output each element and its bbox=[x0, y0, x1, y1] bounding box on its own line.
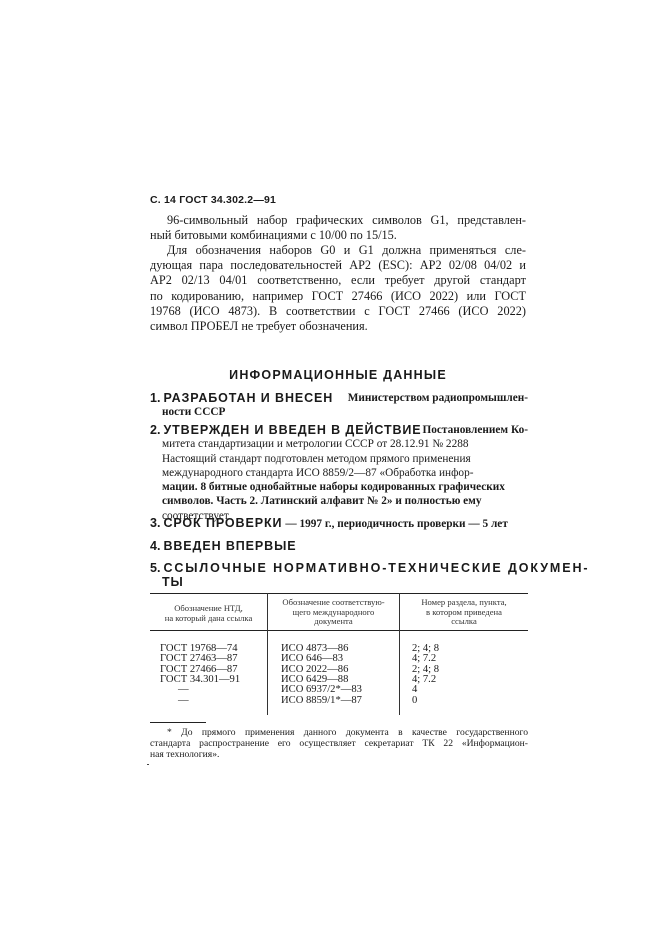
item-text: ности СССР bbox=[150, 405, 528, 419]
item-text: Министерством радиопромышлен- bbox=[348, 391, 528, 405]
footnote-rule bbox=[150, 722, 206, 723]
table-cell: ИСО 8859/1*—87 bbox=[281, 696, 362, 706]
info-item-3: 3. СРОК ПРОВЕРКИ — 1997 г., периодичност… bbox=[150, 516, 528, 531]
item-text: символов. Часть 2. Латинский алфавит № 2… bbox=[150, 494, 528, 508]
item-text: международного стандарта ИСО 8859/2—87 «… bbox=[150, 466, 528, 480]
footnote: * До прямого применения данного документ… bbox=[150, 727, 528, 761]
intro-paragraph-1: 96-символьный набор графических символов… bbox=[150, 213, 526, 243]
footnote-line: * До прямого применения данного документ… bbox=[150, 727, 528, 738]
table-cell: — bbox=[178, 696, 189, 706]
item-heading: ВВЕДЕН ВПЕРВЫЕ bbox=[163, 539, 296, 553]
item-text: — 1997 г., периодичность проверки — 5 ле… bbox=[285, 518, 508, 530]
table-cell: 4 bbox=[412, 685, 417, 695]
table-header-rule bbox=[150, 630, 528, 631]
item-heading: УТВЕРЖДЕН И ВВЕДЕН В ДЕЙСТВИЕ bbox=[163, 423, 421, 437]
table-header-cell: Обозначение соответствую-щего международ… bbox=[268, 598, 399, 627]
item-heading: ССЫЛОЧНЫЕ НОРМАТИВНО-ТЕХНИЧЕСКИЕ ДОКУМЕН… bbox=[163, 561, 589, 575]
info-item-4: 4. ВВЕДЕН ВПЕРВЫЕ bbox=[150, 539, 528, 553]
reference-table: Обозначение НТД,на который дана ссылка О… bbox=[150, 593, 528, 715]
text-line: 96-символьный набор графических символов… bbox=[150, 213, 526, 228]
item-heading: СРОК ПРОВЕРКИ bbox=[163, 516, 282, 530]
table-cell: — bbox=[178, 685, 189, 695]
text-line: 19768 (ИСО 4873). В соответствии с ГОСТ … bbox=[150, 304, 526, 319]
item-text: Постановлением Ко- bbox=[422, 423, 528, 437]
item-number: 2. bbox=[150, 423, 160, 437]
item-heading: ТЫ bbox=[150, 575, 528, 589]
footnote-line: стандарта распространение его осуществля… bbox=[150, 738, 528, 749]
text-line: Для обозначения наборов G0 и G1 должна п… bbox=[150, 243, 526, 258]
table-top-rule bbox=[150, 593, 528, 594]
item-heading: РАЗРАБОТАН И ВНЕСЕН bbox=[163, 391, 333, 405]
info-item-2: 2. УТВЕРЖДЕН И ВВЕДЕН В ДЕЙСТВИЕ Постано… bbox=[150, 423, 528, 523]
section-title: ИНФОРМАЦИОННЫЕ ДАННЫЕ bbox=[150, 368, 526, 382]
table-header-cell: Номер раздела, пункта,в котором приведен… bbox=[400, 598, 528, 627]
info-item-1: 1. РАЗРАБОТАН И ВНЕСЕН Министерством рад… bbox=[150, 391, 528, 420]
text-line: дующая пара последовательностей АР2 (ESC… bbox=[150, 258, 526, 273]
text-line: АР2 02/13 04/01 соответственно, если тре… bbox=[150, 273, 526, 288]
scan-speck bbox=[147, 764, 149, 765]
text-line: по кодированию, например ГОСТ 27466 (ИСО… bbox=[150, 289, 526, 304]
intro-paragraph-2: Для обозначения наборов G0 и G1 должна п… bbox=[150, 243, 526, 334]
table-cell: 0 bbox=[412, 696, 417, 706]
info-item-5: 5. ССЫЛОЧНЫЕ НОРМАТИВНО-ТЕХНИЧЕСКИЕ ДОКУ… bbox=[150, 561, 528, 590]
item-text: мации. 8 битные однобайтные наборы кодир… bbox=[150, 480, 528, 494]
page-header: С. 14 ГОСТ 34.302.2—91 bbox=[150, 194, 276, 206]
table-header-cell: Обозначение НТД,на который дана ссылка bbox=[150, 604, 267, 623]
item-number: 4. bbox=[150, 539, 160, 553]
footnote-line: ная технология». bbox=[150, 749, 528, 760]
item-text: митета стандартизации и метрологии СССР … bbox=[150, 437, 528, 451]
item-number: 5. bbox=[150, 561, 160, 575]
item-number: 1. bbox=[150, 391, 160, 405]
item-text: Настоящий стандарт подготовлен методом п… bbox=[150, 452, 528, 466]
table-cell: ИСО 6937/2*—83 bbox=[281, 685, 362, 695]
text-line: ный битовыми комбинациями с 10/00 по 15/… bbox=[150, 228, 526, 243]
text-line: символ ПРОБЕЛ не требует обозначения. bbox=[150, 319, 526, 334]
item-number: 3. bbox=[150, 516, 160, 530]
table-cell: ГОСТ 34.301—91 bbox=[160, 675, 240, 685]
